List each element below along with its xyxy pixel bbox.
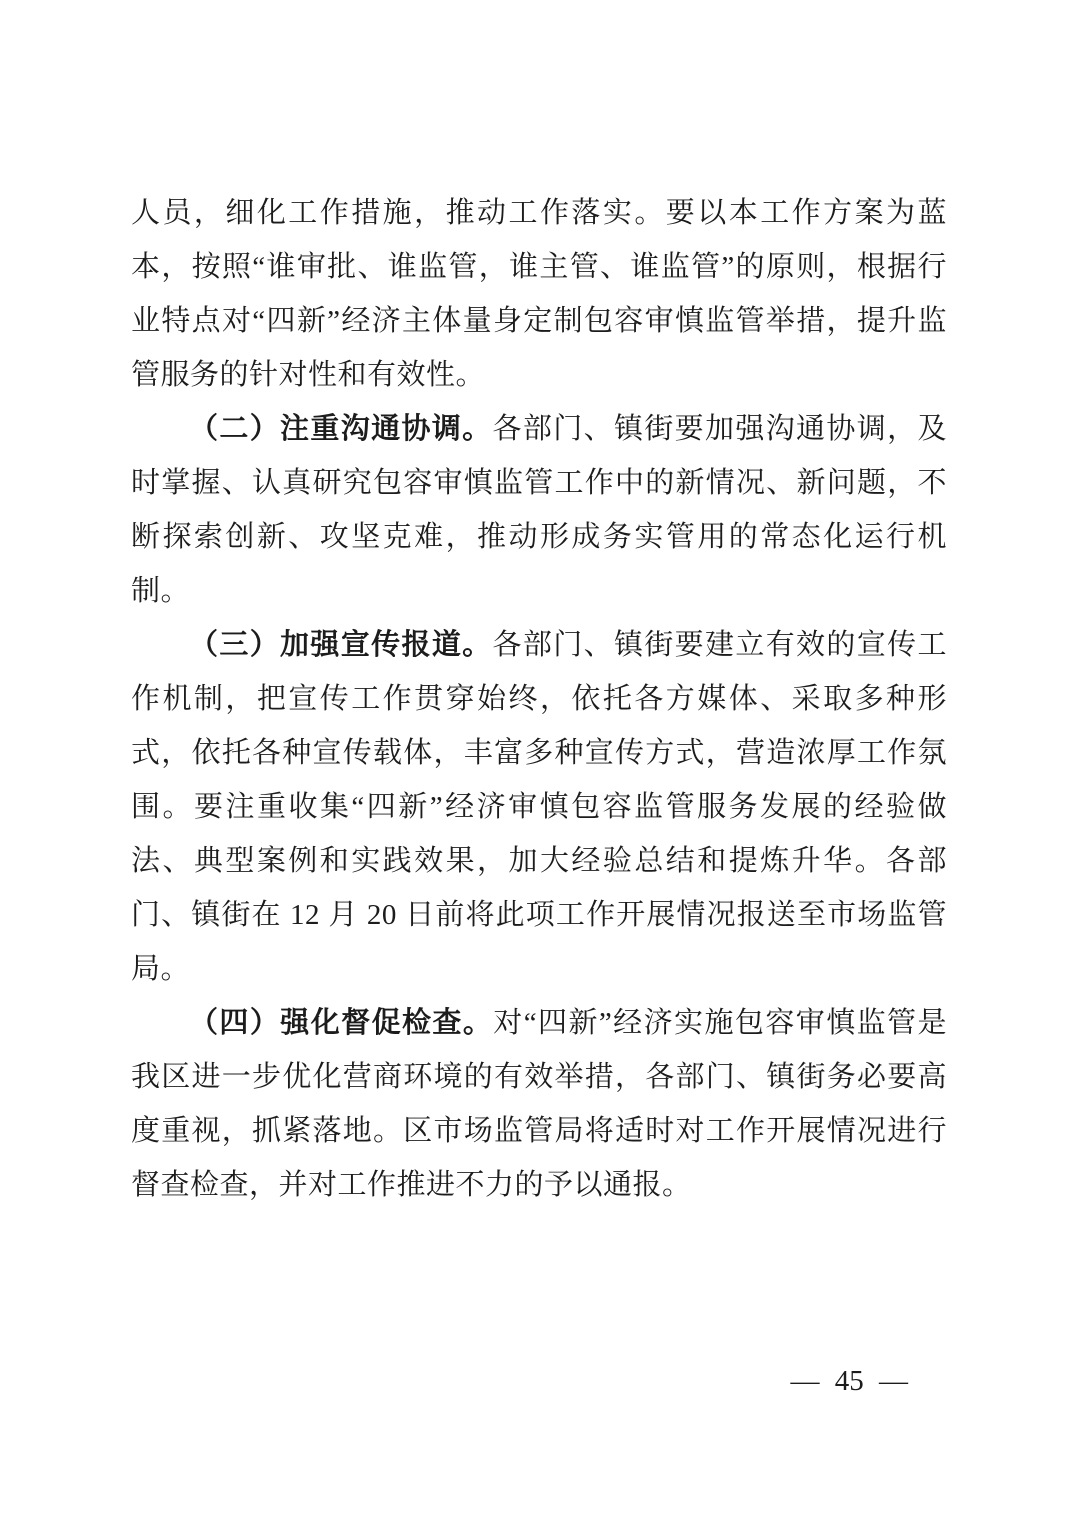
document-page: 人员，细化工作措施，推动工作落实。要以本工作方案为蓝本，按照“谁审批、谁监管，谁… (0, 0, 1074, 1520)
paragraph: （四）强化督促检查。对“四新”经济实施包容审慎监管是我区进一步优化营商环境的有效… (131, 996, 947, 1212)
paragraph: （三）加强宣传报道。各部门、镇街要建立有效的宣传工作机制，把宣传工作贯穿始终，依… (131, 618, 947, 996)
paragraph: 人员，细化工作措施，推动工作落实。要以本工作方案为蓝本，按照“谁审批、谁监管，谁… (131, 186, 947, 402)
document-body: 人员，细化工作措施，推动工作落实。要以本工作方案为蓝本，按照“谁审批、谁监管，谁… (131, 186, 947, 1212)
paragraph-heading: （三）加强宣传报道。 (189, 629, 493, 661)
paragraph-text: 各部门、镇街要建立有效的宣传工作机制，把宣传工作贯穿始终，依托各方媒体、采取多种… (131, 629, 947, 985)
paragraph-text: 人员，细化工作措施，推动工作落实。要以本工作方案为蓝本，按照“谁审批、谁监管，谁… (131, 197, 947, 391)
page-number: — 45 — (791, 1366, 909, 1396)
paragraph-heading: （四）强化督促检查。 (189, 1007, 493, 1039)
paragraph-heading: （二）注重沟通协调。 (189, 413, 493, 445)
paragraph: （二）注重沟通协调。各部门、镇街要加强沟通协调，及时掌握、认真研究包容审慎监管工… (131, 402, 947, 618)
